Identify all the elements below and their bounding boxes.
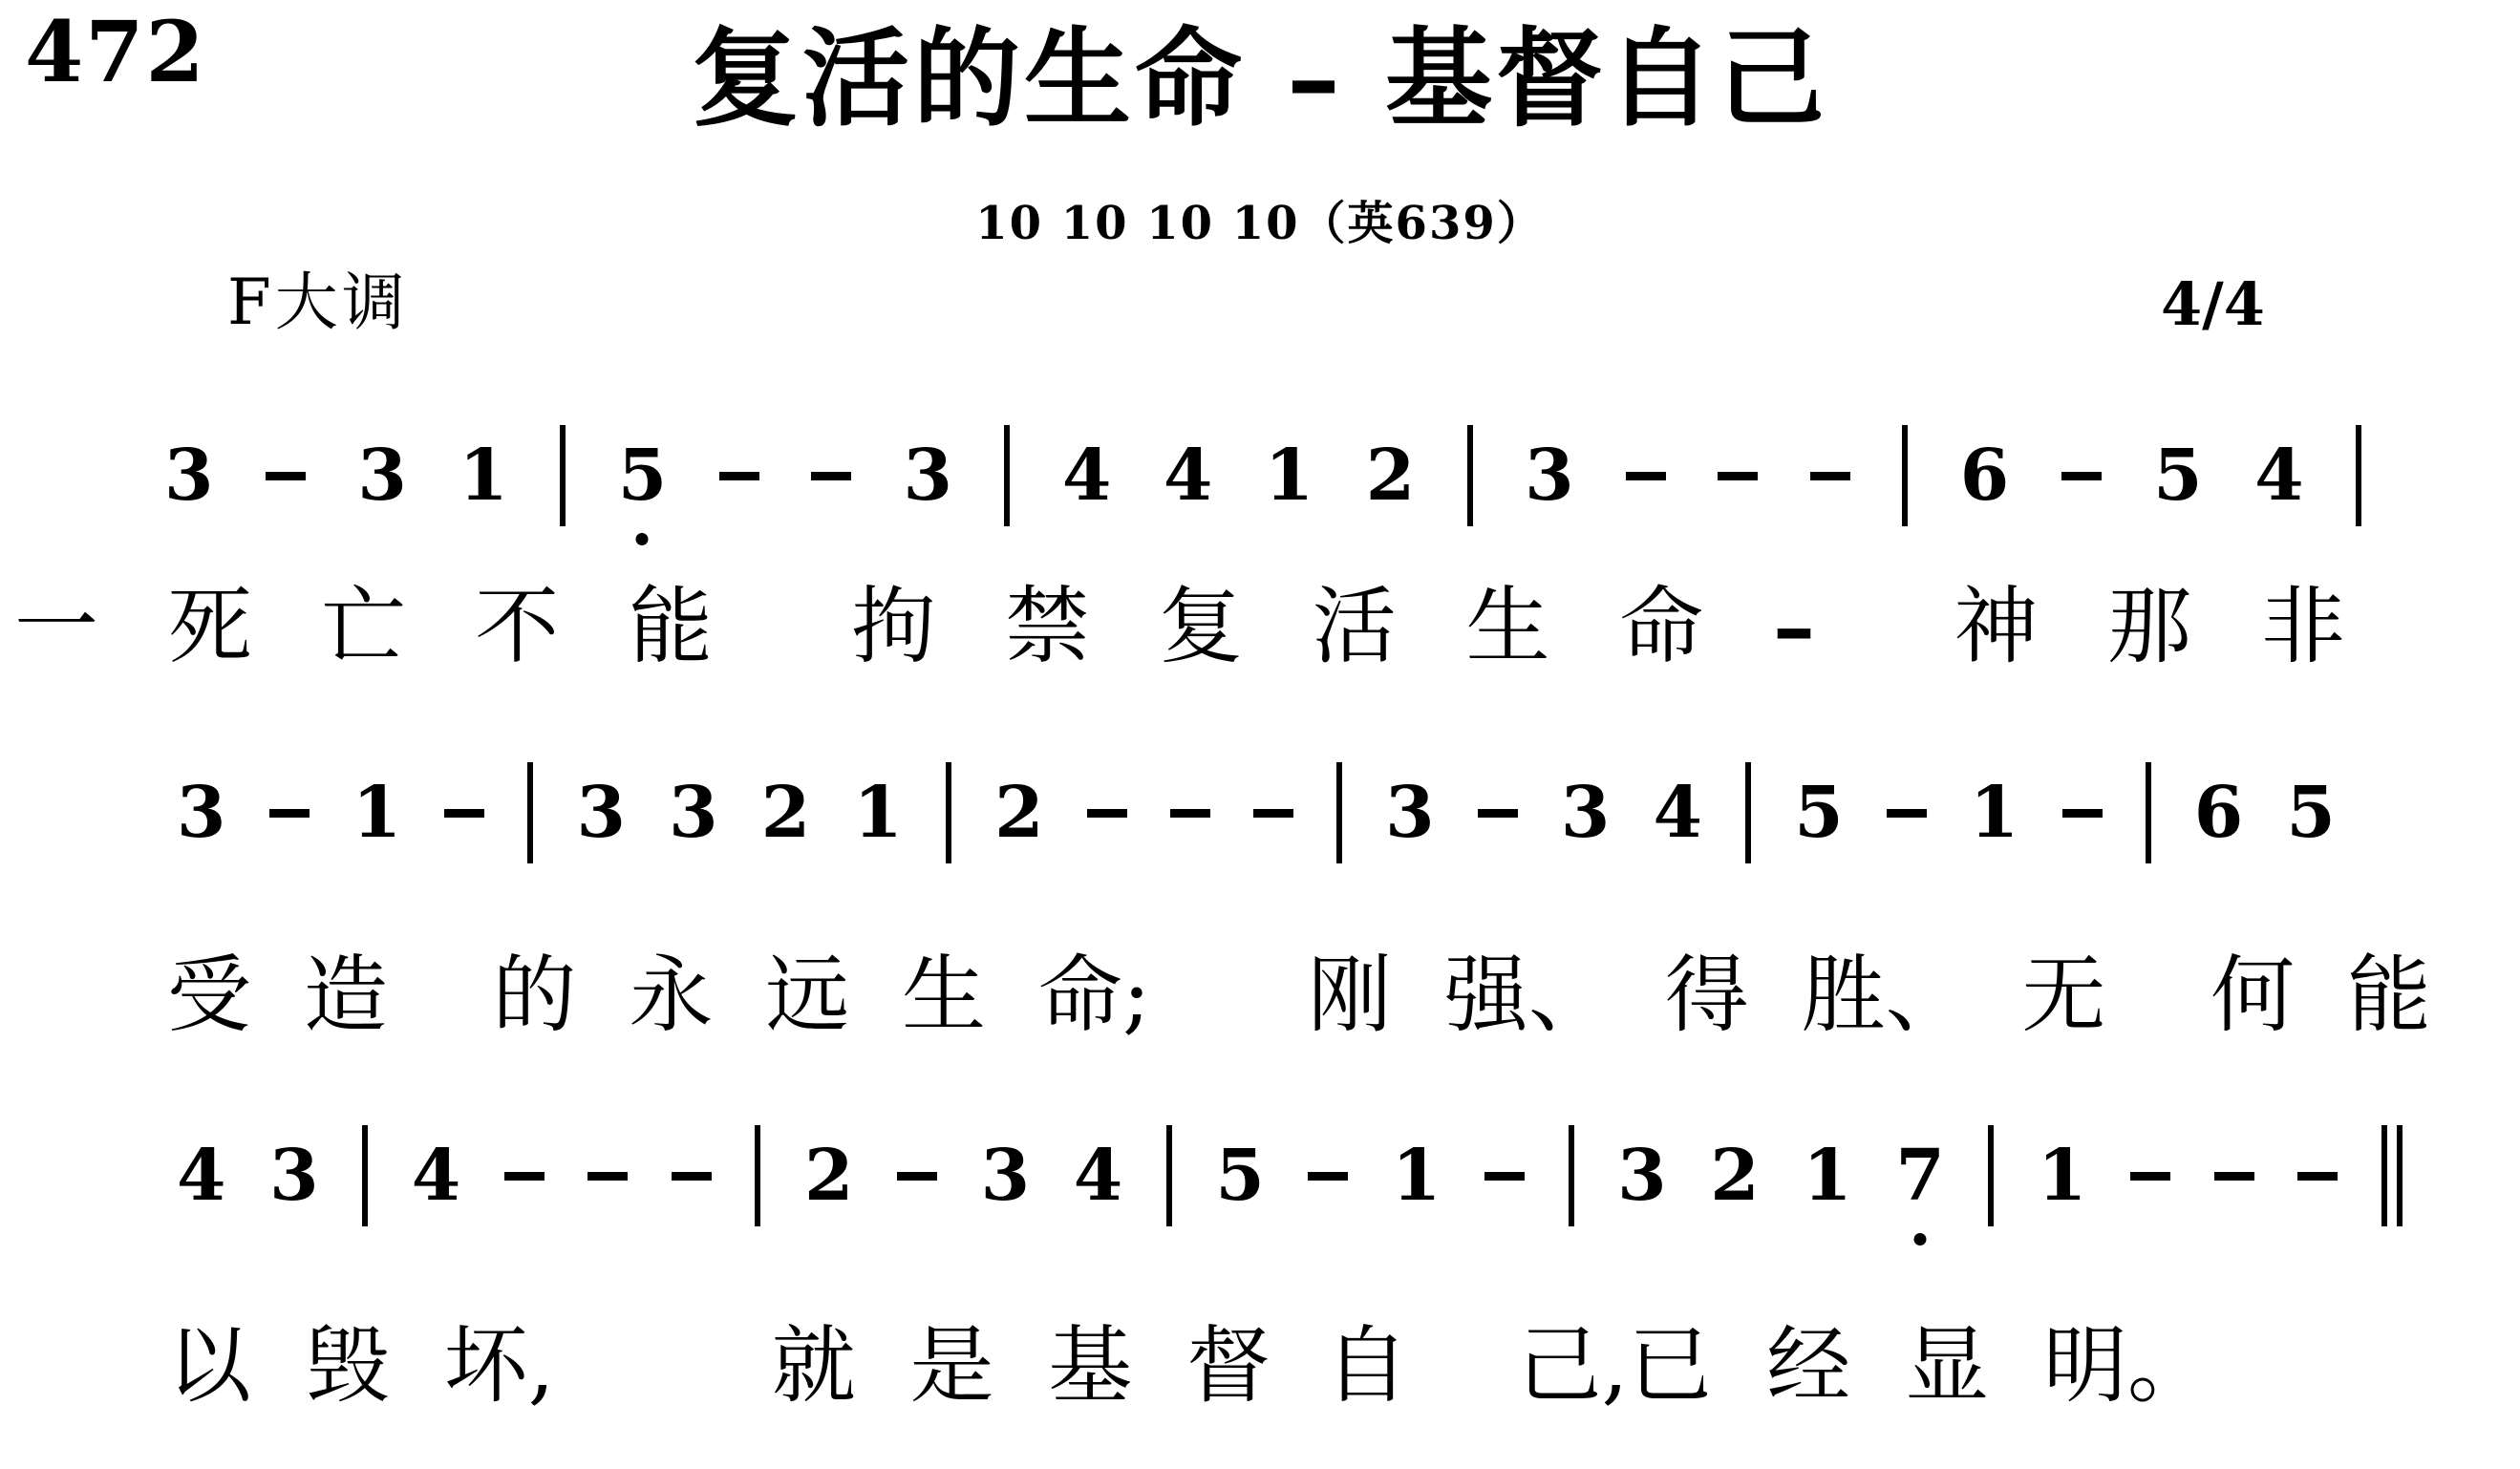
lyric-syllable: 受 bbox=[167, 953, 251, 1037]
lyric-syllable: 就 bbox=[772, 1324, 856, 1408]
lyric-syllable: 远 bbox=[765, 953, 849, 1037]
lyric-syllable: 非 bbox=[2261, 585, 2345, 669]
note-4: 4 bbox=[177, 1140, 226, 1211]
duration-dash bbox=[2130, 1172, 2170, 1181]
note-4: 4 bbox=[1062, 440, 1112, 511]
duration-dash bbox=[2214, 1172, 2254, 1181]
note-3: 3 bbox=[1561, 777, 1611, 848]
lyric-syllable: 毁 bbox=[306, 1324, 390, 1408]
duration-dash bbox=[1626, 472, 1666, 480]
note-3: 3 bbox=[1525, 440, 1574, 511]
lyric-syllable: 神 bbox=[1954, 585, 2038, 669]
lyric-syllable: 强、 bbox=[1444, 953, 1612, 1037]
duration-dash bbox=[2062, 809, 2103, 818]
lyric-syllable: 那 bbox=[2107, 585, 2191, 669]
duration-dash bbox=[1484, 1172, 1525, 1181]
note-4: 4 bbox=[1653, 777, 1702, 848]
lyric-syllable: 刚 bbox=[1308, 953, 1392, 1037]
note-1: 1 bbox=[352, 777, 402, 848]
note-3: 3 bbox=[357, 440, 407, 511]
duration-dash bbox=[1887, 809, 1927, 818]
barline bbox=[2146, 762, 2151, 863]
duration-dash bbox=[1718, 472, 1758, 480]
barline bbox=[1988, 1125, 1994, 1226]
note-2: 2 bbox=[761, 777, 811, 848]
duration-dash bbox=[2061, 472, 2102, 480]
lyric-syllable: 无 bbox=[2021, 953, 2105, 1037]
lyric-syllable: 明。 bbox=[2043, 1324, 2211, 1408]
lyric-syllable: 得 bbox=[1665, 953, 1749, 1037]
barline bbox=[1004, 425, 1010, 526]
note-1: 1 bbox=[2038, 1140, 2087, 1211]
duration-dash bbox=[1170, 809, 1210, 818]
lyric-syllable: 经 bbox=[1766, 1324, 1850, 1408]
note-6: 6 bbox=[2194, 777, 2244, 848]
note-1: 1 bbox=[1392, 1140, 1442, 1211]
note-1: 1 bbox=[1970, 777, 2019, 848]
duration-dash bbox=[811, 472, 851, 480]
duration-dash bbox=[1810, 472, 1850, 480]
note-3: 3 bbox=[577, 777, 627, 848]
lyric-syllable: 是 bbox=[910, 1324, 994, 1408]
barline bbox=[1467, 425, 1473, 526]
barline bbox=[1745, 762, 1751, 863]
note-3: 3 bbox=[1385, 777, 1435, 848]
lyric-syllable: 禁 bbox=[1005, 585, 1089, 669]
duration-dash bbox=[504, 1172, 545, 1181]
key-signature: F大调 bbox=[227, 271, 409, 334]
lyric-syllable: 死 bbox=[168, 585, 252, 669]
lyric-syllable: 命; bbox=[1038, 953, 1151, 1037]
lyric-syllable: 显 bbox=[1905, 1324, 1989, 1408]
duration-dash bbox=[1087, 809, 1127, 818]
duration-dash bbox=[1308, 1172, 1348, 1181]
note-3: 3 bbox=[904, 440, 953, 511]
duration-dash bbox=[269, 809, 310, 818]
music-line-3: 4342345132171 bbox=[177, 1125, 2403, 1226]
lyric-syllable: 能 bbox=[629, 585, 713, 669]
lyric-syllable: 造 bbox=[304, 953, 388, 1037]
lyric-syllable: 以 bbox=[167, 1324, 251, 1408]
lyrics-line-2: 受造的永远生命;刚强、得胜、无何能 bbox=[167, 953, 2431, 1037]
lyric-syllable: 复 bbox=[1159, 585, 1243, 669]
note-5: 5 bbox=[1794, 777, 1844, 848]
lyric-syllable: 不 bbox=[475, 585, 559, 669]
barline bbox=[527, 762, 533, 863]
duration-dash bbox=[266, 472, 306, 480]
duration-dash bbox=[1253, 809, 1293, 818]
lyric-syllable: 坏, bbox=[444, 1324, 555, 1408]
note-4: 4 bbox=[1164, 440, 1213, 511]
note-3: 3 bbox=[269, 1140, 319, 1211]
barline bbox=[1569, 1125, 1574, 1226]
lyric-syllable: 督 bbox=[1186, 1324, 1271, 1408]
note-3: 3 bbox=[164, 440, 214, 511]
lyric-syllable: 能 bbox=[2347, 953, 2431, 1037]
note-4: 4 bbox=[412, 1140, 461, 1211]
music-line-1: 3315344123654 bbox=[164, 425, 2361, 526]
lyric-syllable: 命 bbox=[1619, 585, 1703, 669]
lyric-syllable: 己,已 bbox=[1517, 1324, 1712, 1408]
barline bbox=[560, 425, 566, 526]
duration-dash bbox=[2297, 1172, 2338, 1181]
lyric-syllable: 何 bbox=[2210, 953, 2295, 1037]
note-2: 2 bbox=[1366, 440, 1416, 511]
meter-info: 10 10 10 10（英639） bbox=[0, 201, 2520, 246]
lyric-syllable: 一 bbox=[14, 585, 98, 669]
note-5: 5 bbox=[2286, 777, 2336, 848]
lyric-syllable: 生 bbox=[902, 953, 986, 1037]
lyric-syllable: 永 bbox=[629, 953, 713, 1037]
note-4: 4 bbox=[1074, 1140, 1123, 1211]
note-6: 6 bbox=[1960, 440, 2010, 511]
barline bbox=[362, 1125, 368, 1226]
duration-dash bbox=[719, 472, 759, 480]
barline bbox=[1166, 1125, 1172, 1226]
lyrics-line-3: 以毁坏,就是基督自己,已经显明。 bbox=[167, 1324, 2211, 1408]
note-7-low-octave: 7 bbox=[1895, 1140, 1945, 1211]
note-2: 2 bbox=[1710, 1140, 1760, 1211]
duration-dash bbox=[587, 1172, 628, 1181]
note-1: 1 bbox=[1803, 1140, 1852, 1211]
note-3: 3 bbox=[177, 777, 226, 848]
note-3: 3 bbox=[669, 777, 718, 848]
lyric-syllable: 的 bbox=[493, 953, 577, 1037]
duration-dash bbox=[444, 809, 484, 818]
note-1: 1 bbox=[1265, 440, 1314, 511]
duration-dash bbox=[897, 1172, 937, 1181]
hymn-sheet-page: 472 复活的生命 – 基督自己 10 10 10 10（英639） F大调 4… bbox=[0, 0, 2520, 1469]
note-2: 2 bbox=[804, 1140, 854, 1211]
note-5: 5 bbox=[2153, 440, 2203, 511]
barline bbox=[1902, 425, 1908, 526]
note-2: 2 bbox=[994, 777, 1044, 848]
duration-dash bbox=[672, 1172, 712, 1181]
lyric-syllable: 自 bbox=[1325, 1324, 1409, 1408]
note-1: 1 bbox=[853, 777, 903, 848]
lyric-syllable: 生 bbox=[1465, 585, 1549, 669]
lyric-syllable: 拘 bbox=[851, 585, 935, 669]
barline bbox=[2356, 425, 2361, 526]
barline bbox=[755, 1125, 760, 1226]
barline bbox=[946, 762, 951, 863]
note-3: 3 bbox=[1617, 1140, 1667, 1211]
lyric-syllable: 亡 bbox=[322, 585, 406, 669]
note-1: 1 bbox=[459, 440, 508, 511]
lyric-extension-dash: – bbox=[1773, 585, 1815, 669]
note-5: 5 bbox=[1215, 1140, 1265, 1211]
note-5-low-octave: 5 bbox=[618, 440, 668, 511]
double-barline bbox=[2381, 1125, 2403, 1226]
lyric-syllable: 活 bbox=[1313, 585, 1397, 669]
time-signature: 4/4 bbox=[2161, 275, 2265, 334]
note-4: 4 bbox=[2254, 440, 2304, 511]
note-3: 3 bbox=[981, 1140, 1031, 1211]
duration-dash bbox=[1478, 809, 1518, 818]
barline bbox=[1336, 762, 1342, 863]
song-title: 复活的生命 – 基督自己 bbox=[0, 15, 2520, 143]
music-line-2: 31332123345165 bbox=[177, 762, 2336, 863]
lyric-syllable: 基 bbox=[1048, 1324, 1132, 1408]
lyrics-line-1: 一死亡不能拘禁复活生命–神那非 bbox=[14, 585, 2345, 669]
lyric-syllable: 胜、 bbox=[1802, 953, 1970, 1037]
